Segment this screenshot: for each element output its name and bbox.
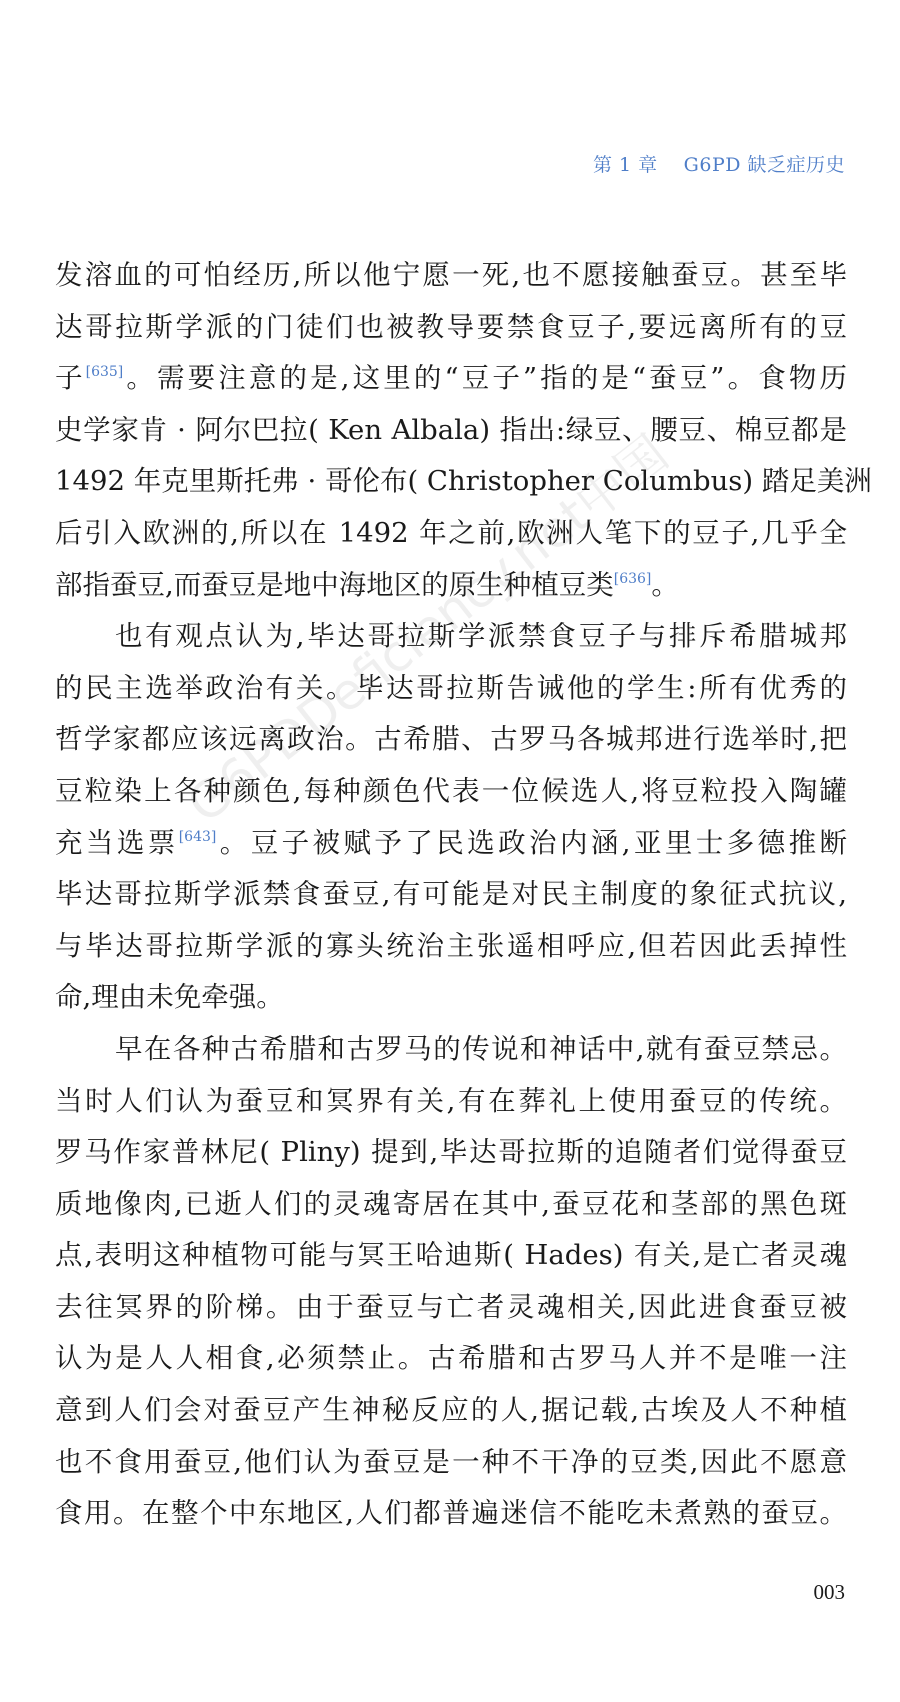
text-line: 早在各种古希腊和古罗马的传说和神话中,就有蚕豆禁忌。 [55,1024,847,1076]
page-number: 003 [814,1580,846,1605]
text-line: 质地像肉,已逝人们的灵魂寄居在其中,蚕豆花和茎部的黑色斑 [55,1179,847,1231]
text-line: 意到人们会对蚕豆产生神秘反应的人,据记载,古埃及人不种植 [55,1385,847,1437]
text-line: 部指蚕豆,而蚕豆是地中海地区的原生种植豆类[636]。 [55,560,847,612]
text-line: 点,表明这种植物可能与冥王哈迪斯( Hades) 有关,是亡者灵魂 [55,1230,847,1282]
text-segment: 部指蚕豆,而蚕豆是地中海地区的原生种植豆类 [55,569,614,601]
text-segment: 充当选票 [55,827,179,859]
paragraph: 早在各种古希腊和古罗马的传说和神话中,就有蚕豆禁忌。 当时人们认为蚕豆和冥界有关… [55,1024,847,1540]
text-line: 哲学家都应该远离政治。古希腊、古罗马各城邦进行选举时,把 [55,714,847,766]
text-line: 子[635]。需要注意的是,这里的“豆子”指的是“蚕豆”。食物历 [55,353,847,405]
text-segment: 。需要注意的是,这里的“豆子”指的是“蚕豆”。食物历 [123,362,847,394]
text-line: 达哥拉斯学派的门徒们也被教导要禁食豆子,要远离所有的豆 [55,302,847,354]
text-line: 认为是人人相食,必须禁止。古希腊和古罗马人并不是唯一注 [55,1333,847,1385]
text-line: 后引入欧洲的,所以在 1492 年之前,欧洲人笔下的豆子,几乎全 [55,508,847,560]
text-line: 也有观点认为,毕达哥拉斯学派禁食豆子与排斥希腊城邦 [55,611,847,663]
text-segment: 。 [651,569,679,601]
citation-ref[interactable]: [635] [86,364,124,380]
text-line: 的民主选举政治有关。毕达哥拉斯告诫他的学生:所有优秀的 [55,663,847,715]
running-head: 第 1 章 G6PD 缺乏症历史 [593,150,845,177]
citation-ref[interactable]: [636] [614,571,652,587]
text-line: 与毕达哥拉斯学派的寡头统治主张遥相呼应,但若因此丢掉性 [55,921,847,973]
text-line: 毕达哥拉斯学派禁食蚕豆,有可能是对民主制度的象征式抗议, [55,869,847,921]
citation-ref[interactable]: [643] [179,829,217,845]
text-line: 也不食用蚕豆,他们认为蚕豆是一种不干净的豆类,因此不愿意 [55,1437,847,1489]
text-line: 当时人们认为蚕豆和冥界有关,有在葬礼上使用蚕豆的传统。 [55,1076,847,1128]
paragraph: 也有观点认为,毕达哥拉斯学派禁食豆子与排斥希腊城邦 的民主选举政治有关。毕达哥拉… [55,611,847,1024]
text-line: 1492 年克里斯托弗 · 哥伦布( Christopher Columbus)… [55,456,847,508]
text-line: 食用。在整个中东地区,人们都普遍迷信不能吃未煮熟的蚕豆。 [55,1488,847,1540]
text-line: 发溶血的可怕经历,所以他宁愿一死,也不愿接触蚕豆。甚至毕 [55,250,847,302]
text-segment: 子 [55,362,86,394]
text-line: 豆粒染上各种颜色,每种颜色代表一位候选人,将豆粒投入陶罐 [55,766,847,818]
paragraph: 发溶血的可怕经历,所以他宁愿一死,也不愿接触蚕豆。甚至毕 达哥拉斯学派的门徒们也… [55,250,847,611]
text-segment: 。豆子被赋予了民选政治内涵,亚里士多德推断 [216,827,847,859]
text-line: 去往冥界的阶梯。由于蚕豆与亡者灵魂相关,因此进食蚕豆被 [55,1282,847,1334]
text-line: 命,理由未免牵强。 [55,972,847,1024]
text-line: 史学家肯 · 阿尔巴拉( Ken Albala) 指出:绿豆、腰豆、棉豆都是 [55,405,847,457]
text-line: 充当选票[643]。豆子被赋予了民选政治内涵,亚里士多德推断 [55,818,847,870]
text-line: 罗马作家普林尼( Pliny) 提到,毕达哥拉斯的追随者们觉得蚕豆 [55,1127,847,1179]
body-text: 发溶血的可怕经历,所以他宁愿一死,也不愿接触蚕豆。甚至毕 达哥拉斯学派的门徒们也… [55,250,847,1540]
